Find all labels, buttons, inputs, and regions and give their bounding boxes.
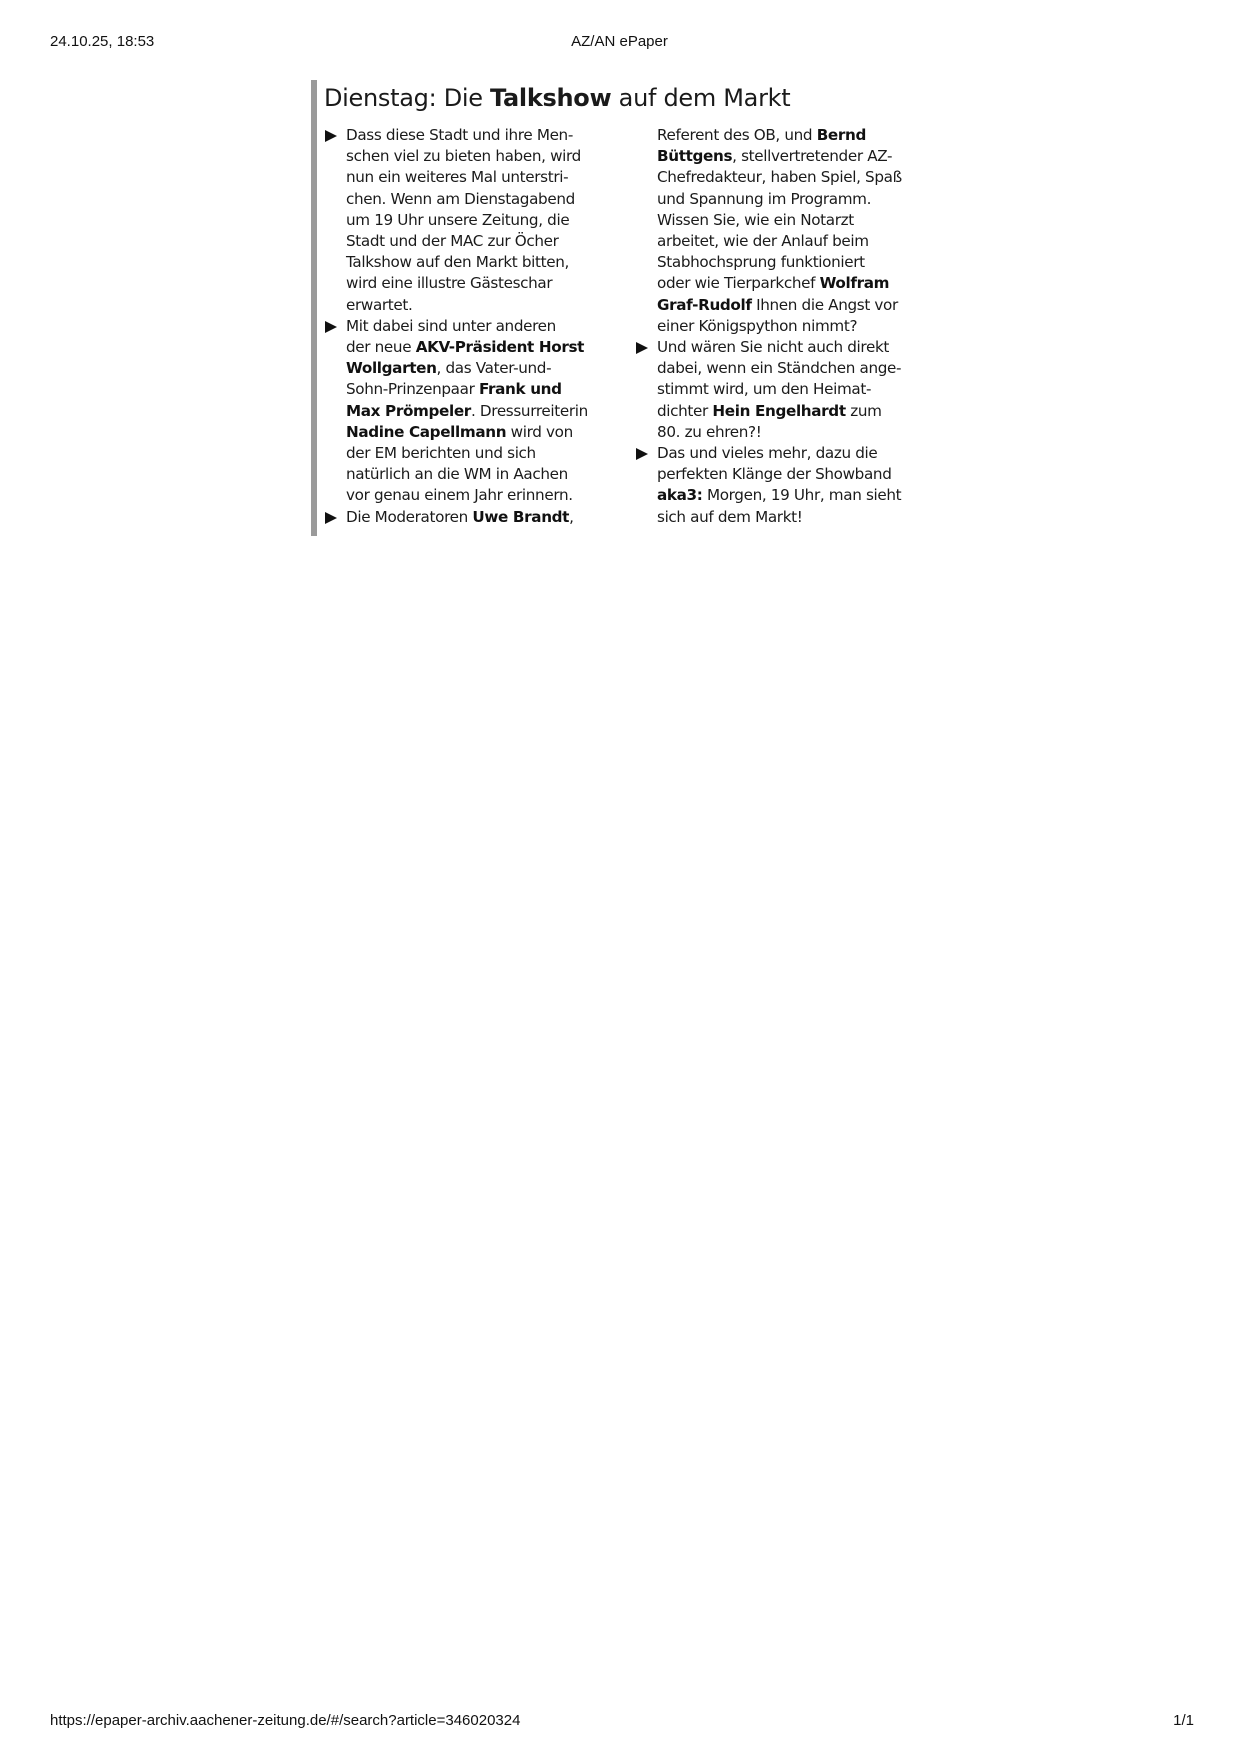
text-line: sich auf dem Markt!	[657, 507, 935, 528]
text-line: einer Königspython nimmt?	[657, 316, 935, 337]
triangle-bullet-icon	[636, 448, 648, 460]
text-line: Und wären Sie nicht auch direkt	[657, 337, 935, 358]
text-line: der EM berichten und sich	[346, 443, 624, 464]
text-line: vor genau einem Jahr erinnern.	[346, 485, 624, 506]
bold-name: Graf-Rudolf	[657, 296, 752, 314]
text-line: Max Prömpeler. Dressurreiterin	[346, 401, 624, 422]
print-page-number: 1/1	[1173, 1712, 1194, 1729]
article-paragraph: Das und vieles mehr, dazu dieperfekten K…	[635, 443, 935, 528]
text-line: natürlich an die WM in Aachen	[346, 464, 624, 485]
headline-part1: Dienstag: Die	[324, 84, 490, 112]
text-line: perfekten Klänge der Showband	[657, 464, 935, 485]
triangle-bullet-icon	[325, 321, 337, 333]
text-line: oder wie Tierparkchef Wolfram	[657, 273, 935, 294]
text-line: arbeitet, wie der Anlauf beim	[657, 231, 935, 252]
bold-name: Büttgens	[657, 147, 732, 165]
bold-name: Nadine Capellmann	[346, 423, 506, 441]
text-line: Graf-Rudolf Ihnen die Angst vor	[657, 295, 935, 316]
bold-name: Bernd	[817, 126, 866, 144]
article: Dienstag: Die Talkshow auf dem Markt Das…	[311, 80, 951, 536]
text-line: chen. Wenn am Dienstagabend	[346, 189, 624, 210]
text-line: Wollgarten, das Vater-und-	[346, 358, 624, 379]
article-paragraph: Referent des OB, und BerndBüttgens, stel…	[635, 125, 935, 337]
bold-name: Hein Engelhardt	[712, 402, 845, 420]
text-line: Die Moderatoren Uwe Brandt,	[346, 507, 624, 528]
headline-part2: auf dem Markt	[611, 84, 790, 112]
text-line: nun ein weiteres Mal unterstri-	[346, 167, 624, 188]
article-paragraph: Die Moderatoren Uwe Brandt,	[324, 507, 624, 528]
article-column-right: Referent des OB, und BerndBüttgens, stel…	[635, 125, 935, 528]
headline-bold: Talkshow	[490, 84, 611, 112]
triangle-bullet-icon	[325, 512, 337, 524]
text-line: schen viel zu bieten haben, wird	[346, 146, 624, 167]
bold-name: Uwe Brandt	[472, 508, 569, 526]
print-url: https://epaper-archiv.aachener-zeitung.d…	[50, 1712, 520, 1729]
bold-name: AKV-Präsident Horst	[416, 338, 584, 356]
text-line: 80. zu ehren?!	[657, 422, 935, 443]
text-line: Das und vieles mehr, dazu die	[657, 443, 935, 464]
text-line: Stabhochsprung funktioniert	[657, 252, 935, 273]
text-line: aka3: Morgen, 19 Uhr, man sieht	[657, 485, 935, 506]
bold-name: aka3:	[657, 486, 703, 504]
text-line: Stadt und der MAC zur Öcher	[346, 231, 624, 252]
text-line: der neue AKV-Präsident Horst	[346, 337, 624, 358]
triangle-bullet-icon	[636, 342, 648, 354]
article-paragraph: Dass diese Stadt und ihre Men-schen viel…	[324, 125, 624, 316]
bold-name: Wolfram	[820, 274, 890, 292]
triangle-bullet-icon	[325, 130, 337, 142]
bold-name: Frank und	[479, 380, 562, 398]
article-accent-bar	[311, 80, 317, 536]
article-headline: Dienstag: Die Talkshow auf dem Markt	[324, 84, 790, 112]
text-line: Talkshow auf den Markt bitten,	[346, 252, 624, 273]
bold-name: Max Prömpeler	[346, 402, 471, 420]
text-line: Nadine Capellmann wird von	[346, 422, 624, 443]
text-line: und Spannung im Programm.	[657, 189, 935, 210]
bold-name: Wollgarten	[346, 359, 437, 377]
print-title: AZ/AN ePaper	[0, 33, 1239, 50]
text-line: stimmt wird, um den Heimat-	[657, 379, 935, 400]
article-column-left: Dass diese Stadt und ihre Men-schen viel…	[324, 125, 624, 528]
article-paragraph: Und wären Sie nicht auch direktdabei, we…	[635, 337, 935, 443]
text-line: Wissen Sie, wie ein Notarzt	[657, 210, 935, 231]
text-line: Sohn-Prinzenpaar Frank und	[346, 379, 624, 400]
text-line: wird eine illustre Gästeschar	[346, 273, 624, 294]
text-line: dichter Hein Engelhardt zum	[657, 401, 935, 422]
article-paragraph: Mit dabei sind unter anderender neue AKV…	[324, 316, 624, 507]
text-line: Dass diese Stadt und ihre Men-	[346, 125, 624, 146]
text-line: dabei, wenn ein Ständchen ange-	[657, 358, 935, 379]
text-line: erwartet.	[346, 295, 624, 316]
text-line: Büttgens, stellvertretender AZ-	[657, 146, 935, 167]
text-line: Chefredakteur, haben Spiel, Spaß	[657, 167, 935, 188]
text-line: Mit dabei sind unter anderen	[346, 316, 624, 337]
text-line: um 19 Uhr unsere Zeitung, die	[346, 210, 624, 231]
text-line: Referent des OB, und Bernd	[657, 125, 935, 146]
